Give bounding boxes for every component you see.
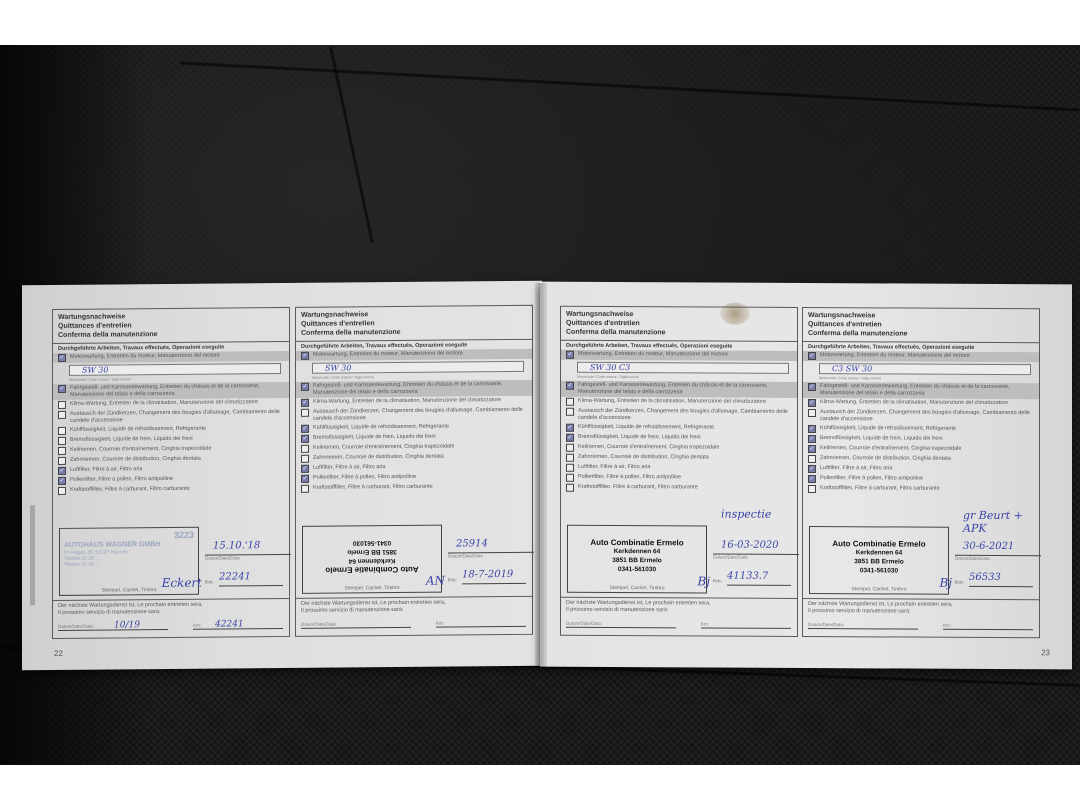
stamp-dealer-name: Auto Combinatie Ermelo: [814, 539, 944, 549]
task-row: Kraftstofffilter, Filtre à carburant, Fi…: [803, 484, 1039, 495]
service-entry-1: WartungsnachweiseQuittances d'entretienC…: [52, 307, 290, 639]
task-row: ✓Motorwartung, Entretien du moteur, Manu…: [296, 349, 532, 361]
stamp-dealer-name: Auto Combinatie Ermelo: [307, 565, 437, 575]
task-label: Pollenfilter, Filtre à pollen, Filtro an…: [70, 476, 173, 484]
task-label: Kühlflüssigkeit, Liquide de refroidissem…: [70, 426, 206, 434]
task-label: Bremsflüssigkeit, Liquide de frein, Liqu…: [820, 435, 943, 443]
task-label: Klima-Wartung, Entretien de la climatisa…: [578, 398, 766, 406]
km-label: Km:: [448, 577, 457, 583]
form-header: WartungsnachweiseQuittances d'entretienC…: [561, 307, 797, 342]
task-row: ✓Motorwartung, Entretien du moteur, Manu…: [53, 351, 289, 363]
task-label: Zahnriemen, Courroie de distribution, Ci…: [70, 456, 201, 464]
task-label: Zahnriemen, Courroie de distribution, Ci…: [578, 454, 709, 462]
task-label: Luftfilter, Filtre à air, Filtro aria: [578, 464, 650, 471]
checkbox[interactable]: [58, 487, 66, 495]
stamp-label: Stempel, Cachet, Timbro: [568, 585, 706, 592]
task-label: Pollenfilter, Filtre à pollen, Filtro an…: [313, 474, 416, 482]
engine-code-field[interactable]: SW 30: [69, 363, 281, 376]
service-km[interactable]: 22241: [219, 571, 283, 587]
checkbox[interactable]: ✓: [301, 383, 309, 391]
task-row: Austausch der Zündkerzen, Changement des…: [803, 408, 1039, 425]
service-date[interactable]: 16-03-2020: [713, 540, 799, 555]
engine-code-field[interactable]: SW 30 C3: [577, 362, 789, 374]
task-label: Klima-Wartung, Entretien de la climatisa…: [820, 399, 1008, 407]
checkbox[interactable]: ✓: [566, 382, 574, 390]
task-label: Kühlflüssigkeit, Liquide de refroidissem…: [313, 424, 449, 432]
page-number: 23: [1041, 648, 1050, 657]
next-date-value: 10/19: [114, 620, 140, 630]
service-km[interactable]: 18-7-2019: [462, 569, 526, 585]
next-date-field[interactable]: Datum/Date/Data:: [301, 620, 411, 629]
checkbox[interactable]: ✓: [301, 399, 309, 407]
km-label: Km:: [713, 579, 722, 585]
handwritten-note: gr Beurt + APK: [963, 509, 1039, 535]
next-service-section: Der nächste Wartungsdienst ist, Le proch…: [53, 598, 289, 619]
stamp-address-line: Telefax 02 26 ...: [64, 561, 194, 568]
task-label: Kraftstofffilter, Filtre à carburant, Fi…: [313, 484, 433, 492]
next-date-label: Datum/Date/Data:: [566, 621, 602, 626]
checkbox[interactable]: ✓: [301, 465, 309, 473]
task-label: Bremsflüssigkeit, Liquide de frein, Liqu…: [313, 434, 436, 442]
task-label: Keilriemen, Courroie d'entraînement, Cin…: [578, 444, 719, 452]
engine-code-fineprint: Motorcode / Code moteur / Sigla motore: [819, 376, 1023, 381]
checkbox[interactable]: [566, 474, 574, 482]
next-km-field[interactable]: Km:: [436, 619, 526, 628]
task-row: ✓Motorwartung, Entretien du moteur, Manu…: [803, 351, 1039, 362]
task-label: Zahnriemen, Courroie de distribution, Ci…: [820, 455, 951, 463]
task-row: Kraftstofffilter, Filtre à carburant, Fi…: [561, 483, 797, 494]
task-label: Pollenfilter, Filtre à pollen, Filtro an…: [820, 475, 923, 483]
task-row: Kraftstofffilter, Filtre à carburant, Fi…: [53, 484, 289, 496]
next-km-label: Km:: [193, 623, 201, 628]
checkbox[interactable]: ✓: [301, 475, 309, 483]
checkbox[interactable]: ✓: [808, 475, 816, 483]
service-date[interactable]: 25914: [448, 538, 534, 554]
engine-code-field[interactable]: SW 30: [312, 361, 524, 374]
checkbox[interactable]: [301, 455, 309, 463]
date-label: Datum/Date/Data: [448, 553, 483, 558]
form-header: WartungsnachweiseQuittances d'entretienC…: [53, 308, 289, 344]
next-km-field[interactable]: Km:: [701, 620, 791, 628]
task-label: Kraftstofffilter, Filtre à carburant, Fi…: [578, 484, 698, 492]
dealer-stamp: 3223AUTOHAUS WAGNER GMBHIm Hagen 30, 532…: [59, 527, 199, 596]
checkbox[interactable]: [301, 409, 309, 417]
stamp-address-line: 3851 BB Ermelo: [307, 547, 437, 557]
car-seat-background: WartungsnachweiseQuittances d'entretienC…: [0, 45, 1080, 765]
task-label: Klima-Wartung, Entretien de la climatisa…: [70, 399, 258, 408]
task-label: Kraftstofffilter, Filtre à carburant, Fi…: [70, 486, 190, 494]
date-label: Datum/Date/Data: [955, 556, 990, 561]
task-label: Luftfilter, Filtre à air, Filtro aria: [820, 465, 892, 472]
checkbox[interactable]: ✓: [566, 424, 574, 432]
checkbox[interactable]: ✓: [808, 465, 816, 473]
form-title: Conferma della manutenzione: [808, 329, 1034, 339]
km-label: Km:: [955, 580, 964, 586]
next-date-field[interactable]: Datum/Date/Data:10/19: [58, 622, 168, 631]
checkbox[interactable]: ✓: [566, 434, 574, 442]
date-label: Datum/Date/Data: [713, 555, 748, 560]
form-title: Conferma della manutenzione: [566, 328, 792, 338]
dealer-stamp: Auto Combinatie ErmeloKerkdennen 643851 …: [567, 525, 707, 594]
task-row: Kraftstofffilter, Filtre à carburant, Fi…: [296, 482, 532, 494]
next-service-text: Il prossimo servizio di manutenzione sar…: [58, 608, 284, 617]
next-km-label: Km:: [701, 621, 709, 626]
checkbox[interactable]: ✓: [808, 445, 816, 453]
service-booklet: WartungsnachweiseQuittances d'entretienC…: [22, 283, 1072, 668]
seat-seam: [181, 61, 1080, 111]
next-service-text: Il prossimo servizio di manutenzione sar…: [301, 606, 527, 615]
next-date-label: Datum/Date/Data:: [301, 622, 337, 627]
task-label: Fahrgestell- und Karosseriewartung, Entr…: [578, 382, 792, 397]
checkbox[interactable]: [808, 485, 816, 493]
next-km-label: Km:: [943, 623, 951, 628]
next-km-field[interactable]: Km:: [943, 622, 1033, 630]
checkbox[interactable]: ✓: [58, 477, 66, 485]
checkbox[interactable]: [566, 454, 574, 462]
checkbox[interactable]: [566, 484, 574, 492]
task-label: Motorwartung, Entretien du moteur, Manut…: [313, 350, 463, 358]
checkbox[interactable]: ✓: [58, 467, 66, 475]
task-row: ✓Motorwartung, Entretien du moteur, Manu…: [561, 350, 797, 361]
checkbox[interactable]: [58, 427, 66, 435]
task-label: Luftfilter, Filtre à air, Filtro aria: [313, 464, 385, 472]
stamp-address-line: 0341-561030: [307, 538, 437, 548]
checkbox[interactable]: ✓: [808, 425, 816, 433]
task-label: Keilriemen, Courroie d'entraînement, Cin…: [313, 443, 454, 451]
task-label: Austausch der Zündkerzen, Changement des…: [70, 409, 284, 425]
checkbox[interactable]: [58, 411, 66, 419]
checkbox[interactable]: ✓: [301, 352, 309, 360]
stamp-dealer-name: Auto Combinatie Ermelo: [572, 538, 702, 548]
task-label: Austausch der Zündkerzen, Changement des…: [820, 409, 1034, 424]
checkbox[interactable]: ✓: [808, 352, 816, 360]
dealer-stamp: Auto Combinatie ErmeloKerkdennen 643851 …: [302, 525, 442, 594]
next-service-text: Il prossimo servizio di manutenzione sar…: [566, 607, 792, 615]
km-label: Km:: [205, 580, 214, 586]
form-title: Conferma della manutenzione: [301, 327, 527, 338]
service-km[interactable]: 41133.7: [727, 571, 791, 586]
checkbox[interactable]: ✓: [58, 354, 66, 362]
stamp-label: Stempel, Cachet, Timbro: [60, 587, 198, 594]
seat-seam: [329, 47, 374, 243]
service-entry-3: WartungsnachweiseQuittances d'entretienC…: [560, 306, 798, 637]
task-label: Fahrgestell- und Karosseriewartung, Entr…: [70, 383, 284, 399]
service-date[interactable]: 15.10.'18: [205, 540, 291, 556]
next-service-section: Der nächste Wartungsdienst ist, Le proch…: [296, 596, 532, 617]
dealer-stamp: Auto Combinatie ErmeloKerkdennen 643851 …: [809, 526, 949, 595]
checkbox[interactable]: ✓: [566, 351, 574, 359]
task-label: Kraftstofffilter, Filtre à carburant, Fi…: [820, 485, 940, 493]
checkbox[interactable]: [566, 408, 574, 416]
service-entry-4: WartungsnachweiseQuittances d'entretienC…: [802, 307, 1040, 638]
task-label: Klima-Wartung, Entretien de la climatisa…: [313, 397, 501, 406]
page-left: WartungsnachweiseQuittances d'entretienC…: [22, 281, 542, 671]
next-date-label: Datum/Date/Data:: [808, 622, 844, 627]
stamp-content: Auto Combinatie ErmeloKerkdennen 643851 …: [572, 538, 702, 575]
tape-strip: [30, 505, 35, 605]
next-service-text: Il prossimo servizio di manutenzione sar…: [808, 608, 1034, 616]
task-label: Kühlflüssigkeit, Liquide de refroidissem…: [578, 424, 714, 432]
task-label: Motorwartung, Entretien du moteur, Manut…: [70, 353, 220, 361]
task-label: Luftfilter, Filtre à air, Filtro aria: [70, 466, 142, 474]
task-label: Austausch der Zündkerzen, Changement des…: [313, 407, 527, 423]
checkbox[interactable]: [808, 455, 816, 463]
engine-code-fineprint: Motorcode / Code moteur / Sigla motore: [312, 374, 516, 380]
stamp-content: 3223AUTOHAUS WAGNER GMBHIm Hagen 30, 532…: [64, 531, 194, 568]
engine-code-fineprint: Motorcode / Code moteur / Sigla motore: [69, 376, 273, 382]
checkbox[interactable]: ✓: [808, 435, 816, 443]
form-title: Conferma della manutenzione: [58, 329, 284, 340]
checkbox[interactable]: [58, 401, 66, 409]
checkbox[interactable]: ✓: [301, 435, 309, 443]
next-km-value: 42241: [215, 619, 244, 629]
stamp-address-line: 0341-561030: [572, 565, 702, 575]
page-right: WartungsnachweiseQuittances d'entretienC…: [540, 282, 1072, 670]
form-header: WartungsnachweiseQuittances d'entretienC…: [296, 306, 532, 342]
next-km-label: Km:: [436, 621, 444, 626]
stamp-address-line: 0341-561030: [814, 566, 944, 576]
checkbox[interactable]: [808, 409, 816, 417]
book-gutter: [535, 283, 547, 668]
task-label: Motorwartung, Entretien du moteur, Manut…: [820, 352, 970, 360]
checkbox[interactable]: ✓: [808, 383, 816, 391]
checkbox[interactable]: ✓: [808, 399, 816, 407]
service-km[interactable]: 56533: [969, 572, 1033, 587]
handwritten-note: inspectie: [721, 508, 771, 521]
task-label: Fahrgestell- und Karosseriewartung, Entr…: [313, 381, 527, 397]
page-number: 22: [54, 649, 63, 658]
stamp-content: Auto Combinatie ErmeloKerkdennen 643851 …: [814, 539, 944, 576]
next-service-section: Der nächste Wartungsdienst ist, Le proch…: [803, 598, 1039, 618]
task-label: Bremsflüssigkeit, Liquide de frein, Liqu…: [578, 434, 701, 442]
date-label: Datum/Date/Data: [205, 555, 240, 560]
task-row: ✓Fahrgestell- und Karosseriewartung, Ent…: [561, 381, 797, 398]
task-label: Pollenfilter, Filtre à pollen, Filtro an…: [578, 474, 681, 482]
checkbox[interactable]: [58, 437, 66, 445]
next-date-field[interactable]: Datum/Date/Data:: [808, 621, 918, 630]
next-km-field[interactable]: Km:42241: [193, 621, 283, 630]
form-header: WartungsnachweiseQuittances d'entretienC…: [803, 308, 1039, 343]
checkbox[interactable]: [58, 457, 66, 465]
task-label: Bremsflüssigkeit, Liquide de frein, Liqu…: [70, 436, 193, 444]
stamp-label: Stempel, Cachet, Timbro: [810, 586, 948, 593]
task-label: Keilriemen, Courroie d'entraînement, Cin…: [820, 445, 961, 453]
task-row: Austausch der Zündkerzen, Changement des…: [561, 407, 797, 424]
checkbox[interactable]: [566, 444, 574, 452]
stamp-content: Auto Combinatie ErmeloKerkdennen 643851 …: [307, 538, 437, 575]
checkbox[interactable]: ✓: [301, 425, 309, 433]
task-row: ✓Fahrgestell- und Karosseriewartung, Ent…: [803, 382, 1039, 399]
task-label: Kühlflüssigkeit, Liquide de refroidissem…: [820, 425, 956, 433]
task-label: Fahrgestell- und Karosseriewartung, Entr…: [820, 383, 1034, 398]
task-label: Keilriemen, Courroie d'entraînement, Cin…: [70, 446, 211, 454]
next-date-field[interactable]: Datum/Date/Data:: [566, 620, 676, 629]
checkbox[interactable]: [301, 445, 309, 453]
stamp-label: Stempel, Cachet, Timbro: [303, 585, 441, 592]
service-entry-2: WartungsnachweiseQuittances d'entretienC…: [295, 305, 533, 637]
task-label: Austausch der Zündkerzen, Changement des…: [578, 408, 792, 423]
checkbox[interactable]: ✓: [58, 385, 66, 393]
task-label: Motorwartung, Entretien du moteur, Manut…: [578, 351, 728, 359]
service-date[interactable]: 30-6-2021: [955, 541, 1041, 556]
task-label: Zahnriemen, Courroie de distribution, Ci…: [313, 454, 444, 462]
engine-code-field[interactable]: C3 SW 30: [819, 363, 1031, 375]
checkbox[interactable]: [58, 447, 66, 455]
checkbox[interactable]: [566, 464, 574, 472]
checkbox[interactable]: [301, 485, 309, 493]
next-service-section: Der nächste Wartungsdienst ist, Le proch…: [561, 597, 797, 617]
checkbox[interactable]: [566, 398, 574, 406]
engine-code-fineprint: Motorcode / Code moteur / Sigla motore: [577, 375, 781, 380]
next-date-label: Datum/Date/Data:: [58, 624, 94, 629]
